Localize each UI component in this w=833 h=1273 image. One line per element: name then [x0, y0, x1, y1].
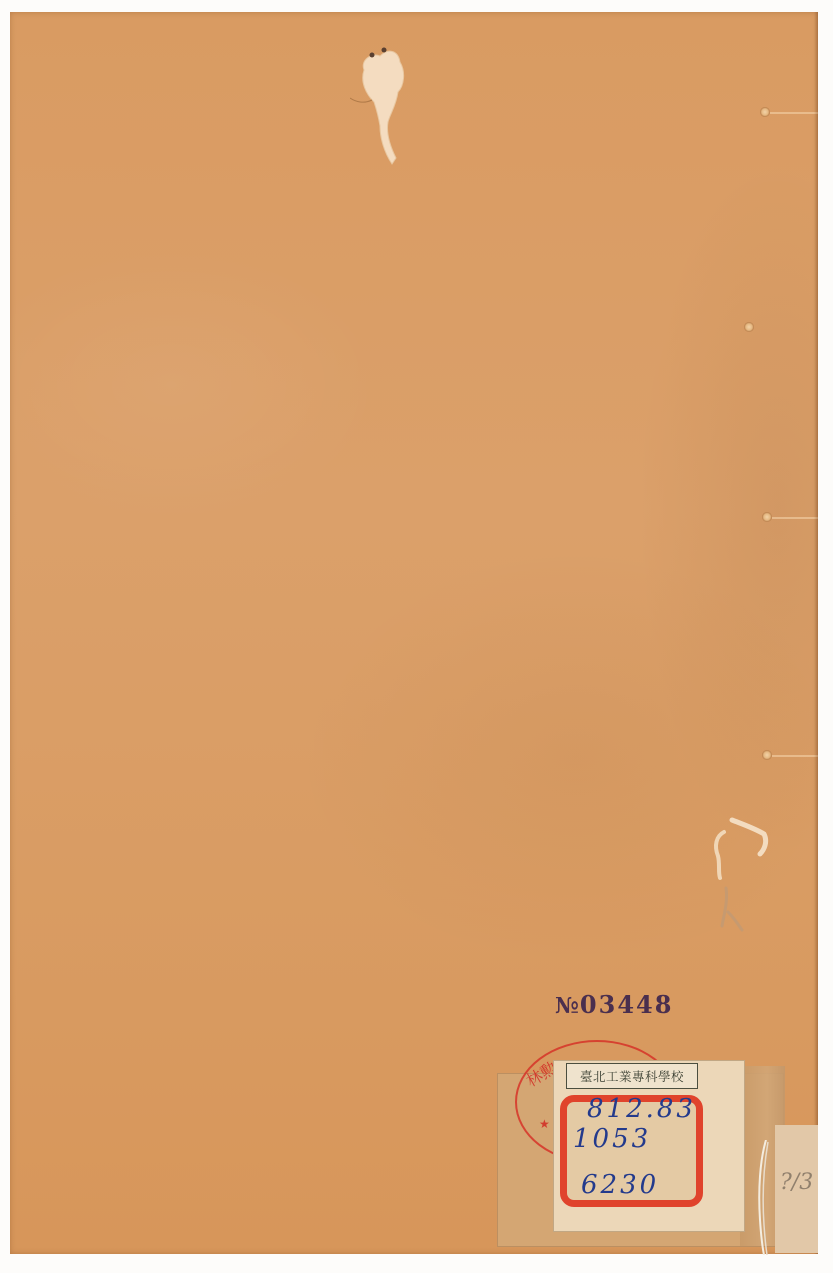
school-name-tag: 臺北工業專科學校 — [566, 1063, 698, 1089]
serial-number-stamp: №03448 — [555, 990, 673, 1019]
binding-hole — [762, 750, 772, 760]
binding-crease — [772, 755, 818, 757]
call-number-accession: 6230 — [581, 1170, 659, 1200]
binding-crease — [770, 112, 818, 114]
call-number-class: 812.83 — [587, 1094, 696, 1124]
binding-hole — [762, 512, 772, 522]
paper-tear-top — [350, 42, 420, 182]
binding-hole — [744, 322, 754, 332]
binding-hole — [760, 107, 770, 117]
pencil-note: ?/3 — [780, 1170, 813, 1195]
star-icon: ★ — [539, 1117, 550, 1131]
paper-tear-right — [698, 802, 778, 942]
binding-crease — [772, 517, 818, 519]
call-number-box: 812.83 1053 6230 — [560, 1095, 703, 1207]
binding-thread — [756, 1140, 770, 1255]
number-sign: № — [555, 993, 578, 1019]
serial-number-value: 03448 — [580, 990, 674, 1019]
call-number-author: 1053 — [573, 1124, 651, 1154]
